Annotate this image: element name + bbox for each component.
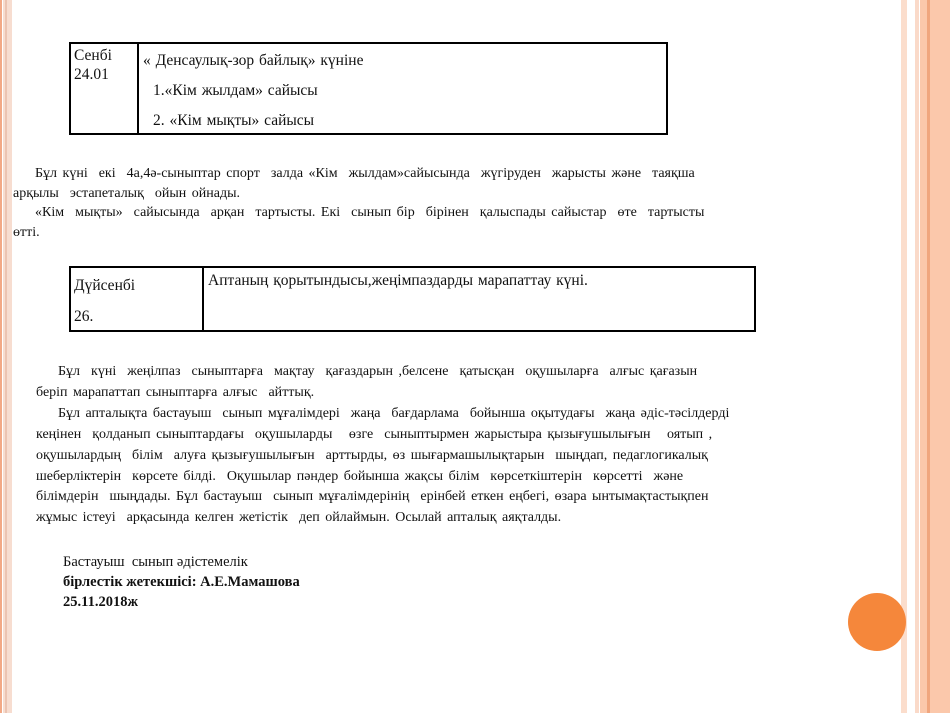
paragraph: Бұл күні жеңілпаз сыныптарға мақтау қаға… (36, 362, 729, 404)
signature-block: Бастауыш сынып әдістемелік бірлестік жет… (63, 552, 300, 612)
right-border-stripe-inner (915, 0, 919, 713)
day-cell: Дүйсенбі26. (71, 268, 204, 330)
signature-date-line: 25.11.2018ж (63, 592, 300, 612)
schedule-table-saturday: Сенбі24.01 « Денсаулық-зор байлық» күнін… (69, 42, 668, 135)
paragraph: «Кім мықты» сайысында арқан тартысты. Ек… (13, 203, 704, 242)
document-page: Сенбі24.01 « Денсаулық-зор байлық» күнін… (0, 0, 950, 713)
activity-cell: Аптаның қорытындысы,жеңімпаздарды марапа… (204, 268, 754, 330)
paragraph-sports-day: Бұл күні екі 4а,4ә-сыныптар спорт залда … (13, 164, 704, 243)
paragraph: Бұл күні екі 4а,4ә-сыныптар спорт залда … (13, 164, 704, 203)
left-edge-line (0, 0, 2, 713)
paragraph: Бұл апталықта бастауыш сынып мұғалімдері… (36, 404, 729, 529)
activity-cell: « Денсаулық-зор байлық» күніне1.«Кім жыл… (139, 44, 666, 133)
right-border-stripe-outer (901, 0, 907, 713)
right-border-band (920, 0, 950, 713)
paragraph-awards-summary: Бұл күні жеңілпаз сыныптарға мақтау қаға… (36, 362, 729, 529)
schedule-table-monday: Дүйсенбі26. Аптаның қорытындысы,жеңімпаз… (69, 266, 756, 332)
left-stripe-accent (5, 0, 7, 713)
right-band-accent (927, 0, 930, 713)
accent-circle (848, 593, 906, 651)
signature-role-line: Бастауыш сынып әдістемелік (63, 552, 300, 572)
day-cell: Сенбі24.01 (71, 44, 139, 133)
signature-name-line: бірлестік жетекшісі: А.Е.Мамашова (63, 572, 300, 592)
